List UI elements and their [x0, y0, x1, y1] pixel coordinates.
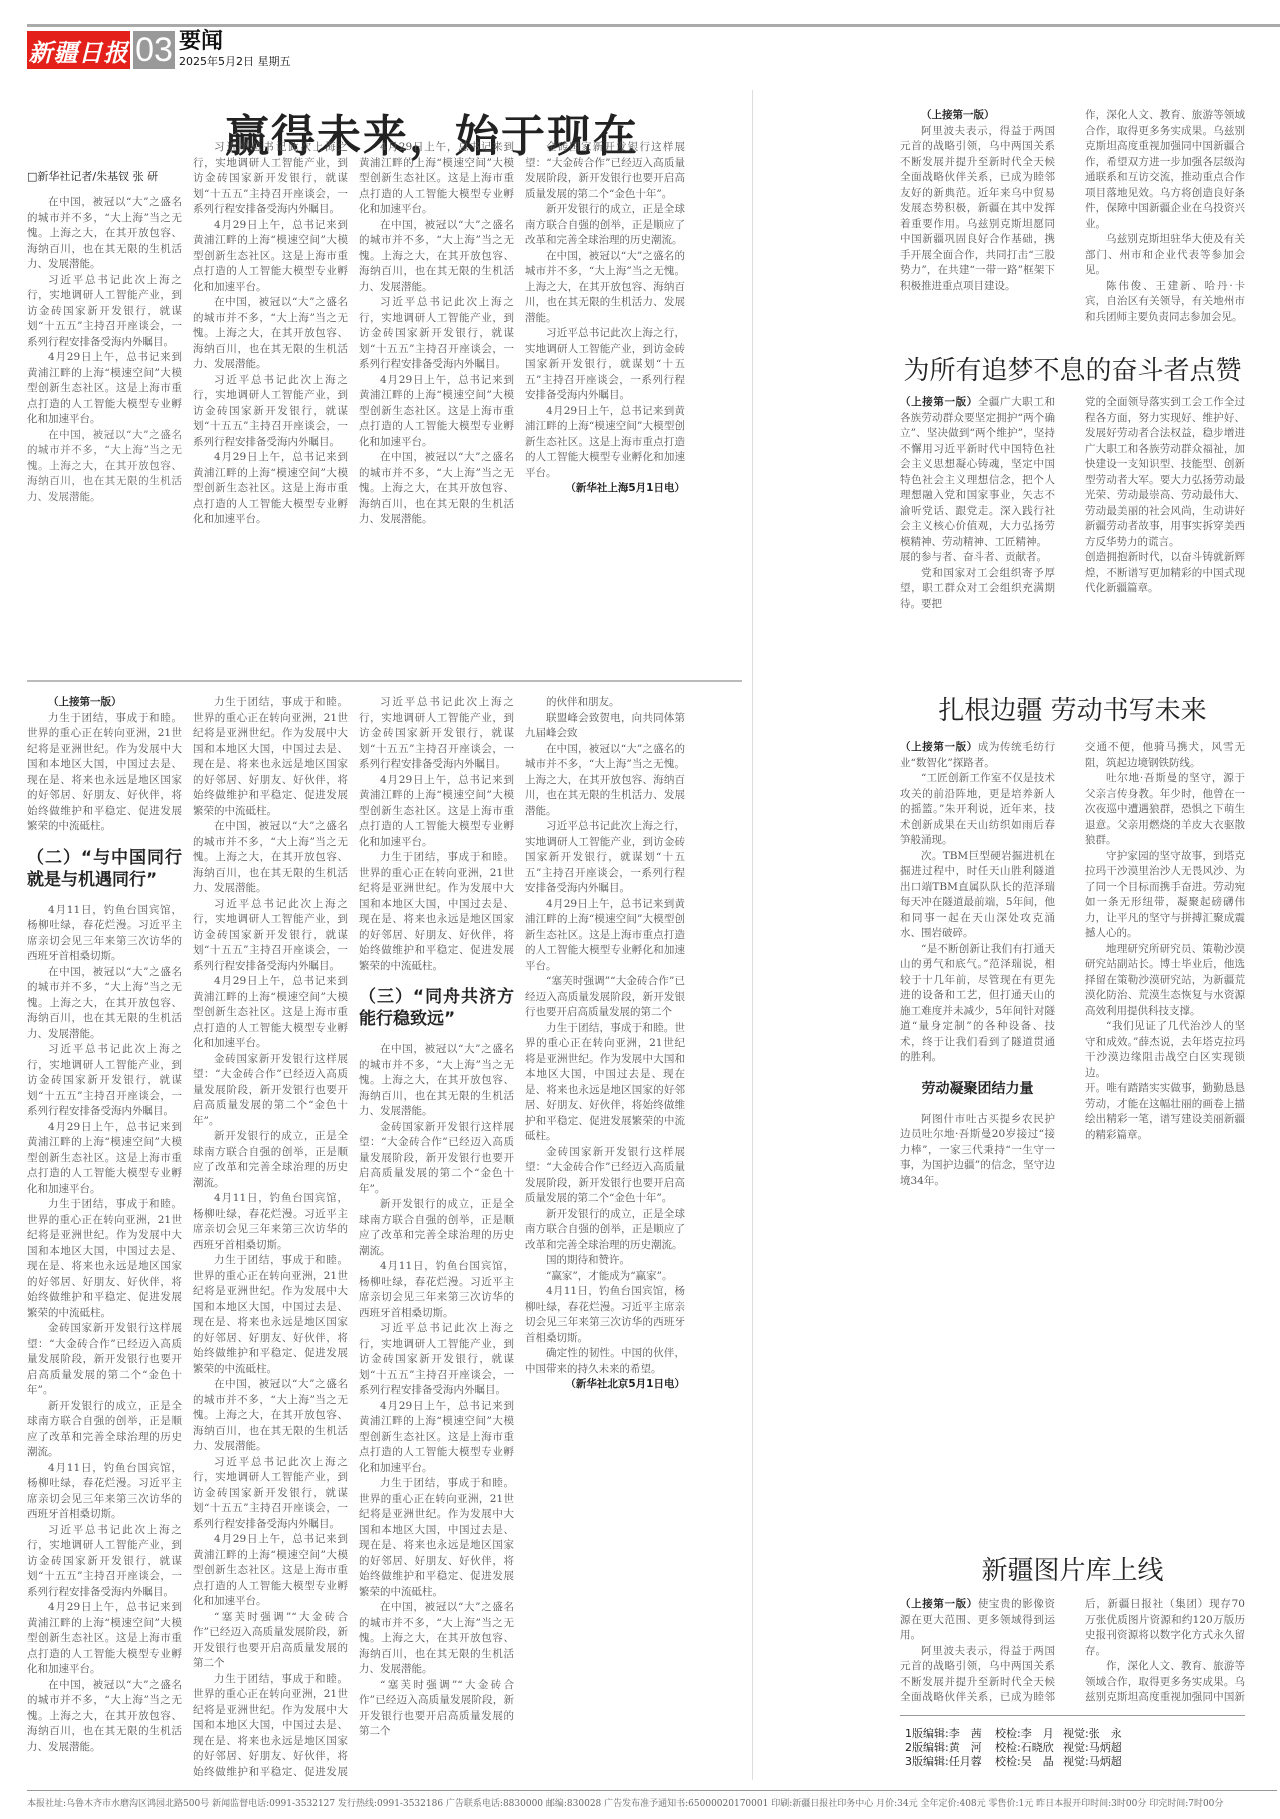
- paragraph: 新开发银行的成立，正是全球南方联合自强的创举，正是顺应了改革和完善全球治理的历史…: [525, 202, 685, 249]
- paragraph: 乌兹别克斯坦驻华大使及有关部门、州市和企业代表等参加会见。: [1085, 232, 1245, 279]
- paragraph: 4月29日上午，总书记来到黄浦江畔的上海“模速空间”大模型创新生态社区。这是上海…: [193, 218, 348, 296]
- continued-label: （上接第一版）: [900, 108, 1055, 124]
- paragraph: 开。唯有踏踏实实做事，勤勤恳恳劳动，才能在这幅壮丽的画卷上描绘出精彩一笔，谱写建…: [1085, 1081, 1245, 1143]
- right-article-3-col-1: （上接第一版）成为传统毛纺行业“数智化”探路者。 “工匠创新工作室不仅是技术攻关…: [900, 740, 1055, 1385]
- paragraph: 次。TBM巨型硬岩掘进机在掘进过程中，时任天山胜利隧道出口端TBM直属队队长的范…: [900, 849, 1055, 942]
- paragraph: 4月29日上午，总书记来到黄浦江畔的上海“模速空间”大模型创新生态社区。这是上海…: [193, 974, 348, 1052]
- paragraph: 力生于团结，事成于和睦。世界的重心正在转向亚洲，21世纪将是亚洲世纪。作为发展中…: [27, 711, 182, 835]
- newspaper-logo: 新疆日报: [27, 31, 130, 69]
- paragraph: 4月29日上午，总书记来到黄浦江畔的上海“模速空间”大模型创新生态社区。这是上海…: [525, 404, 685, 482]
- paragraph: 确定性的韧性。中国的伙伴，中国带来的持久未来的希望。: [525, 1346, 685, 1377]
- masthead: 新疆日报 03 要闻 2025年5月2日 星期五: [27, 31, 291, 69]
- proofreader: 校检:石晓欣: [995, 1741, 1063, 1755]
- right-article-1-col-2: 作，深化人文、教育、旅游等领域合作，取得更多务实成果。乌兹别克斯坦高度重视加强同…: [1085, 108, 1245, 323]
- paragraph: 力生于团结，事成于和睦。世界的重心正在转向亚洲，21世纪将是亚洲世纪。作为发展中…: [525, 1021, 685, 1145]
- paragraph: 习近平总书记此次上海之行，实地调研人工智能产业，到访金砖国家新开发银行，就谋划“…: [525, 819, 685, 897]
- paragraph: 展的参与者、奋斗者、贡献者。: [900, 550, 1055, 566]
- paragraph: 交通不便，他骑马携犬，风雪无阻，筑起边境钢铁防线。: [1085, 740, 1245, 771]
- paragraph: 习近平总书记此次上海之行，实地调研人工智能产业，到访金砖国家新开发银行，就谋划“…: [193, 897, 348, 975]
- paragraph: 阿里波夫表示，得益于两国元首的战略引领，乌中两国关系不断发展并提升至新时代全天候…: [900, 124, 1055, 295]
- page-number: 03: [133, 31, 175, 69]
- paragraph: “塞芙时强调”“大金砖合作”已经迈入高质量发展阶段，新开发银行也要开启高质量发展…: [525, 974, 685, 1021]
- main-article-col-4: 金砖国家新开发银行这样展望：“大金砖合作”已经迈入高质量发展阶段，新开发银行也要…: [525, 140, 685, 615]
- paragraph: 力生于团结，事成于和睦。世界的重心正在转向亚洲，21世纪将是亚洲世纪。作为发展中…: [359, 1476, 514, 1600]
- paragraph: 地理研究所研究员、策勒沙漠研究站副站长。博士毕业后，他选择留在策勒沙漠研究站，为…: [1085, 942, 1245, 1020]
- top-rule: [27, 24, 1280, 27]
- paragraph: “工匠创新工作室不仅是技术攻关的前沿阵地，更是培养新人的摇篮。”朱开利说，近年来…: [900, 771, 1055, 849]
- paragraph: 4月29日上午，总书记来到黄浦江畔的上海“模速空间”大模型创新生态社区。这是上海…: [525, 897, 685, 975]
- right-article-2-col-1: （上接第一版）全疆广大职工和各族劳动群众要坚定拥护“两个确立”、坚决做到“两个维…: [900, 395, 1055, 640]
- paragraph: 联盟峰会致贺电，向共同体第九届峰会致: [525, 711, 685, 742]
- paragraph: 新开发银行的成立，正是全球南方联合自强的创举，正是顺应了改革和完善全球治理的历史…: [525, 1207, 685, 1254]
- editor: 2版编辑:黄 河: [905, 1741, 995, 1755]
- paragraph: 在中国，被冠以“大”之盛名的城市并不多，“大上海”当之无愧。上海之大，在其开放包…: [193, 819, 348, 897]
- paragraph: 在中国，被冠以“大”之盛名的城市并不多，“大上海”当之无愧。上海之大，在其开放包…: [27, 428, 182, 506]
- article-2-title: 为所有追梦不息的奋斗者点赞: [900, 350, 1245, 387]
- paragraph: 在中国，被冠以“大”之盛名的城市并不多，“大上海”当之无愧。上海之大，在其开放包…: [525, 742, 685, 820]
- paragraph: 陈伟俊、王建新、哈丹·卡宾，自治区有关领导，有关地州市和兵团师主要负责同志参加会…: [1085, 279, 1245, 324]
- paragraph: 金砖国家新开发银行这样展望：“大金砖合作”已经迈入高质量发展阶段，新开发银行也要…: [525, 140, 685, 202]
- paragraph: 习近平总书记此次上海之行，实地调研人工智能产业，到访金砖国家新开发银行，就谋划“…: [359, 695, 514, 773]
- continued-label: （上接第一版）: [900, 396, 978, 408]
- article-3-title: 扎根边疆 劳动书写未来: [900, 690, 1245, 727]
- paragraph: 4月11日，钓鱼台国宾馆，杨柳吐绿，春花烂漫。习近平主席亲切会见三年来第三次访华…: [27, 903, 182, 965]
- continued-label: （上接第一版）: [900, 1598, 978, 1610]
- editor: 3版编辑:任月蓉: [905, 1755, 995, 1769]
- paragraph: “是不断创新让我们有打通天山的勇气和底气。”范泽瑞说，相较于十几年前，尽管现在有…: [900, 942, 1055, 1066]
- paragraph: 作，深化人文、教育、旅游等领域合作，取得更多务实成果。乌兹别克斯坦高度重视加强同…: [1085, 108, 1245, 232]
- paragraph: 4月29日上午，总书记来到黄浦江畔的上海“模速空间”大模型创新生态社区。这是上海…: [193, 1532, 348, 1610]
- paragraph: 力生于团结，事成于和睦。世界的重心正在转向亚洲，21世纪将是亚洲世纪。作为发展中…: [193, 695, 348, 819]
- subheading-labor: 劳动凝聚团结力量: [900, 1078, 1055, 1100]
- paragraph: 4月11日，钓鱼台国宾馆，杨柳吐绿，春花烂漫。习近平主席亲切会见三年来第三次访华…: [193, 1191, 348, 1253]
- paragraph: 力生于团结，事成于和睦。世界的重心正在转向亚洲，21世纪将是亚洲世纪。作为发展中…: [193, 1253, 348, 1377]
- column-divider: [752, 90, 753, 1780]
- editor-credits: 1版编辑:李 茜校检:李 月视觉:张 永 2版编辑:黄 河校检:石晓欣视觉:马炳…: [905, 1727, 1122, 1769]
- paragraph: “赢家”，才能成为“赢家”。: [525, 1269, 685, 1285]
- right-article-1-col-1: （上接第一版） 阿里波夫表示，得益于两国元首的战略引领，乌中两国关系不断发展并提…: [900, 108, 1055, 323]
- paragraph: 在中国，被冠以“大”之盛名的城市并不多，“大上海”当之无愧。上海之大，在其开放包…: [193, 295, 348, 373]
- visual-editor: 视觉:马炳超: [1063, 1755, 1122, 1769]
- paragraph: 习近平总书记此次上海之行，实地调研人工智能产业，到访金砖国家新开发银行，就谋划“…: [193, 140, 348, 218]
- credit-row: 2版编辑:黄 河校检:石晓欣视觉:马炳超: [905, 1741, 1122, 1755]
- section-name: 要闻: [179, 31, 291, 53]
- paragraph: 4月29日上午，总书记来到黄浦江畔的上海“模速空间”大模型创新生态社区。这是上海…: [359, 140, 514, 218]
- second-article-col-4: 的伙伴和朋友。 联盟峰会致贺电，向共同体第九届峰会致 在中国，被冠以“大”之盛名…: [525, 695, 685, 1780]
- paragraph: 力生于团结，事成于和睦。世界的重心正在转向亚洲，21世纪将是亚洲世纪。作为发展中…: [359, 850, 514, 974]
- paragraph: 在中国，被冠以“大”之盛名的城市并不多，“大上海”当之无愧。上海之大，在其开放包…: [359, 450, 514, 528]
- right-article-4-col-1: （上接第一版）使宝贵的影像资源在更大范围、更多领域得到运用。 阿里波夫表示，得益…: [900, 1597, 1055, 1707]
- subheading-2: （二）“与中国同行就是与机遇同行”: [27, 847, 182, 891]
- paragraph: 党和国家对工会组织寄予厚望，职工群众对工会组织充满期待。要把: [900, 566, 1055, 613]
- issue-date: 2025年5月2日 星期五: [179, 53, 291, 69]
- paragraph: 4月29日上午，总书记来到黄浦江畔的上海“模速空间”大模型创新生态社区。这是上海…: [359, 373, 514, 451]
- paragraph: 创造拥抱新时代，以奋斗铸就新辉煌，不断谱写更加精彩的中国式现代化新疆篇章。: [1085, 550, 1245, 597]
- paragraph: 习近平总书记此次上海之行，实地调研人工智能产业，到访金砖国家新开发银行，就谋划“…: [27, 1523, 182, 1601]
- paragraph: “塞芙时强调”“大金砖合作”已经迈入高质量发展阶段，新开发银行也要开启高质量发展…: [193, 1610, 348, 1672]
- article-4-title: 新疆图片库上线: [900, 1550, 1245, 1587]
- subheading-3: （三）“同舟共济方能行稳致远”: [359, 986, 514, 1030]
- paragraph: 4月11日，钓鱼台国宾馆，杨柳吐绿，春花烂漫。习近平主席亲切会见三年来第三次访华…: [359, 1259, 514, 1321]
- paragraph: 阿图什市吐古买提乡农民护边员吐尔地·吾斯曼20岁接过“接力棒”，一家三代秉持“一…: [900, 1112, 1055, 1190]
- proofreader: 校检:吴 晶: [995, 1755, 1063, 1769]
- right-article-4-col-2: 后，新疆日报社（集团）现存70万张优质图片资源和约120万版历史报刊资源将以数字…: [1085, 1597, 1245, 1707]
- paragraph: 习近平总书记此次上海之行，实地调研人工智能产业，到访金砖国家新开发银行，就谋划“…: [27, 1042, 182, 1120]
- paragraph: 习近平总书记此次上海之行，实地调研人工智能产业，到访金砖国家新开发银行，就谋划“…: [359, 295, 514, 373]
- paragraph: 新开发银行的成立，正是全球南方联合自强的创举，正是顺应了改革和完善全球治理的历史…: [359, 1197, 514, 1259]
- paragraph: 4月29日上午，总书记来到黄浦江畔的上海“模速空间”大模型创新生态社区。这是上海…: [27, 1600, 182, 1678]
- paragraph: 的伙伴和朋友。: [525, 695, 685, 711]
- paragraph: 4月29日上午，总书记来到黄浦江畔的上海“模速空间”大模型创新生态社区。这是上海…: [27, 350, 182, 428]
- paragraph: 作，深化人文、教育、旅游等领域合作，取得更多务实成果。乌兹别克斯坦高度重视加强同…: [1085, 1659, 1245, 1707]
- main-article-col-3: 4月29日上午，总书记来到黄浦江畔的上海“模速空间”大模型创新生态社区。这是上海…: [359, 140, 514, 615]
- paragraph: 全疆广大职工和各族劳动群众要坚定拥护“两个确立”、坚决做到“两个维护”，坚持不懈…: [900, 396, 1055, 548]
- paragraph: 在中国，被冠以“大”之盛名的城市并不多，“大上海”当之无愧。上海之大，在其开放包…: [359, 1600, 514, 1678]
- paragraph: 在中国，被冠以“大”之盛名的城市并不多，“大上海”当之无愧。上海之大，在其开放包…: [27, 1678, 182, 1756]
- paragraph: 4月29日上午，总书记来到黄浦江畔的上海“模速空间”大模型创新生态社区。这是上海…: [27, 1120, 182, 1198]
- paragraph: 金砖国家新开发银行这样展望：“大金砖合作”已经迈入高质量发展阶段，新开发银行也要…: [27, 1321, 182, 1399]
- paragraph: 力生于团结，事成于和睦。世界的重心正在转向亚洲，21世纪将是亚洲世纪。作为发展中…: [27, 1197, 182, 1321]
- second-article-col-3: 习近平总书记此次上海之行，实地调研人工智能产业，到访金砖国家新开发银行，就谋划“…: [359, 695, 514, 1780]
- paragraph: 在中国，被冠以“大”之盛名的城市并不多，“大上海”当之无愧。上海之大，在其开放包…: [27, 965, 182, 1043]
- paragraph: 吐尔地·吾斯曼的坚守，源于父亲言传身教。年少时，他曾在一次夜巡中遭遇狼群，恐惧之…: [1085, 771, 1245, 849]
- credits-divider: [900, 1715, 1245, 1716]
- paragraph: 新开发银行的成立，正是全球南方联合自强的创举，正是顺应了改革和完善全球治理的历史…: [27, 1399, 182, 1461]
- right-article-2-col-2: 党的全面领导落实到工会工作全过程各方面，努力实现好、维护好、发展好劳动者合法权益…: [1085, 395, 1245, 640]
- continued-label: （上接第一版）: [27, 695, 182, 711]
- credit-row: 1版编辑:李 茜校检:李 月视觉:张 永: [905, 1727, 1122, 1741]
- paragraph: 4月11日，钓鱼台国宾馆，杨柳吐绿，春花烂漫。习近平主席亲切会见三年来第三次访华…: [525, 1284, 685, 1346]
- paragraph: 习近平总书记此次上海之行，实地调研人工智能产业，到访金砖国家新开发银行，就谋划“…: [193, 1455, 348, 1533]
- paragraph: 习近平总书记此次上海之行，实地调研人工智能产业，到访金砖国家新开发银行，就谋划“…: [27, 273, 182, 351]
- byline: □新华社记者/朱基钗 张 研: [27, 168, 158, 184]
- paragraph: 党的全面领导落实到工会工作全过程各方面，努力实现好、维护好、发展好劳动者合法权益…: [1085, 395, 1245, 550]
- paragraph: 金砖国家新开发银行这样展望：“大金砖合作”已经迈入高质量发展阶段，新开发银行也要…: [359, 1120, 514, 1198]
- paragraph: 力生于团结，事成于和睦。世界的重心正在转向亚洲，21世纪将是亚洲世纪。作为发展中…: [193, 1672, 348, 1781]
- paragraph: 在中国，被冠以“大”之盛名的城市并不多，“大上海”当之无愧。上海之大，在其开放包…: [359, 1042, 514, 1120]
- paragraph: 后，新疆日报社（集团）现存70万张优质图片资源和约120万版历史报刊资源将以数字…: [1085, 1597, 1245, 1659]
- section-divider: [27, 680, 742, 682]
- paragraph: “塞芙时强调”“大金砖合作”已经迈入高质量发展阶段，新开发银行也要开启高质量发展…: [359, 1678, 514, 1740]
- editor: 1版编辑:李 茜: [905, 1727, 995, 1741]
- paragraph: 4月29日上午，总书记来到黄浦江畔的上海“模速空间”大模型创新生态社区。这是上海…: [193, 450, 348, 528]
- paragraph: 金砖国家新开发银行这样展望：“大金砖合作”已经迈入高质量发展阶段，新开发银行也要…: [525, 1145, 685, 1207]
- proofreader: 校检:李 月: [995, 1727, 1063, 1741]
- paragraph: 在中国，被冠以“大”之盛名的城市并不多，“大上海”当之无愧。上海之大，在其开放包…: [359, 218, 514, 296]
- paragraph: 在中国，被冠以“大”之盛名的城市并不多，“大上海”当之无愧。上海之大，在其开放包…: [27, 195, 182, 273]
- dateline: （新华社北京5月1日电）: [525, 1377, 685, 1393]
- dateline: （新华社上海5月1日电）: [525, 481, 685, 497]
- second-article-col-1: （上接第一版） 力生于团结，事成于和睦。世界的重心正在转向亚洲，21世纪将是亚洲…: [27, 695, 182, 1780]
- paragraph: 阿里波夫表示，得益于两国元首的战略引领，乌中两国关系不断发展并提升至新时代全天候…: [900, 1644, 1055, 1708]
- paragraph: 习近平总书记此次上海之行，实地调研人工智能产业，到访金砖国家新开发银行，就谋划“…: [359, 1321, 514, 1399]
- footer-rule: [27, 1790, 1277, 1791]
- paragraph: 在中国，被冠以“大”之盛名的城市并不多，“大上海”当之无愧。上海之大，在其开放包…: [525, 249, 685, 327]
- main-article-col-2: 习近平总书记此次上海之行，实地调研人工智能产业，到访金砖国家新开发银行，就谋划“…: [193, 140, 348, 615]
- credit-row: 3版编辑:任月蓉校检:吴 晶视觉:马炳超: [905, 1755, 1122, 1769]
- paragraph: “我们见证了几代治沙人的坚守和成效。”薛杰说，去年塔克拉玛干沙漠边缘阻击战空白区…: [1085, 1019, 1245, 1081]
- continued-label: （上接第一版）: [900, 741, 978, 753]
- paragraph: 习近平总书记此次上海之行，实地调研人工智能产业，到访金砖国家新开发银行，就谋划“…: [525, 326, 685, 404]
- paragraph: 习近平总书记此次上海之行，实地调研人工智能产业，到访金砖国家新开发银行，就谋划“…: [193, 373, 348, 451]
- paragraph: 在中国，被冠以“大”之盛名的城市并不多，“大上海”当之无愧。上海之大，在其开放包…: [193, 1377, 348, 1455]
- paragraph: 新开发银行的成立，正是全球南方联合自强的创举，正是顺应了改革和完善全球治理的历史…: [193, 1129, 348, 1191]
- right-article-3-col-2: 交通不便，他骑马携犬，风雪无阻，筑起边境钢铁防线。 吐尔地·吾斯曼的坚守，源于父…: [1085, 740, 1245, 1385]
- section-header: 要闻 2025年5月2日 星期五: [179, 31, 291, 69]
- main-article-col-1: 在中国，被冠以“大”之盛名的城市并不多，“大上海”当之无愧。上海之大，在其开放包…: [27, 195, 182, 615]
- paragraph: 4月29日上午，总书记来到黄浦江畔的上海“模速空间”大模型创新生态社区。这是上海…: [359, 773, 514, 851]
- paragraph: 守护家园的坚守故事，到塔克拉玛干沙漠里治沙人无畏风沙、为了同一个目标而携手奋进。…: [1085, 849, 1245, 942]
- paragraph: 国的期待和赞许。: [525, 1253, 685, 1269]
- second-article-col-2: 力生于团结，事成于和睦。世界的重心正在转向亚洲，21世纪将是亚洲世纪。作为发展中…: [193, 695, 348, 1780]
- footer-info: 本报社址:乌鲁木齐市水磨沟区鸿园北路500号 新闻监督电话:0991-35321…: [27, 1796, 1277, 1809]
- visual-editor: 视觉:马炳超: [1063, 1741, 1122, 1755]
- paragraph: 4月29日上午，总书记来到黄浦江畔的上海“模速空间”大模型创新生态社区。这是上海…: [359, 1399, 514, 1477]
- paragraph: 4月11日，钓鱼台国宾馆，杨柳吐绿，春花烂漫。习近平主席亲切会见三年来第三次访华…: [27, 1461, 182, 1523]
- visual-editor: 视觉:张 永: [1063, 1727, 1122, 1741]
- paragraph: 金砖国家新开发银行这样展望：“大金砖合作”已经迈入高质量发展阶段，新开发银行也要…: [193, 1052, 348, 1130]
